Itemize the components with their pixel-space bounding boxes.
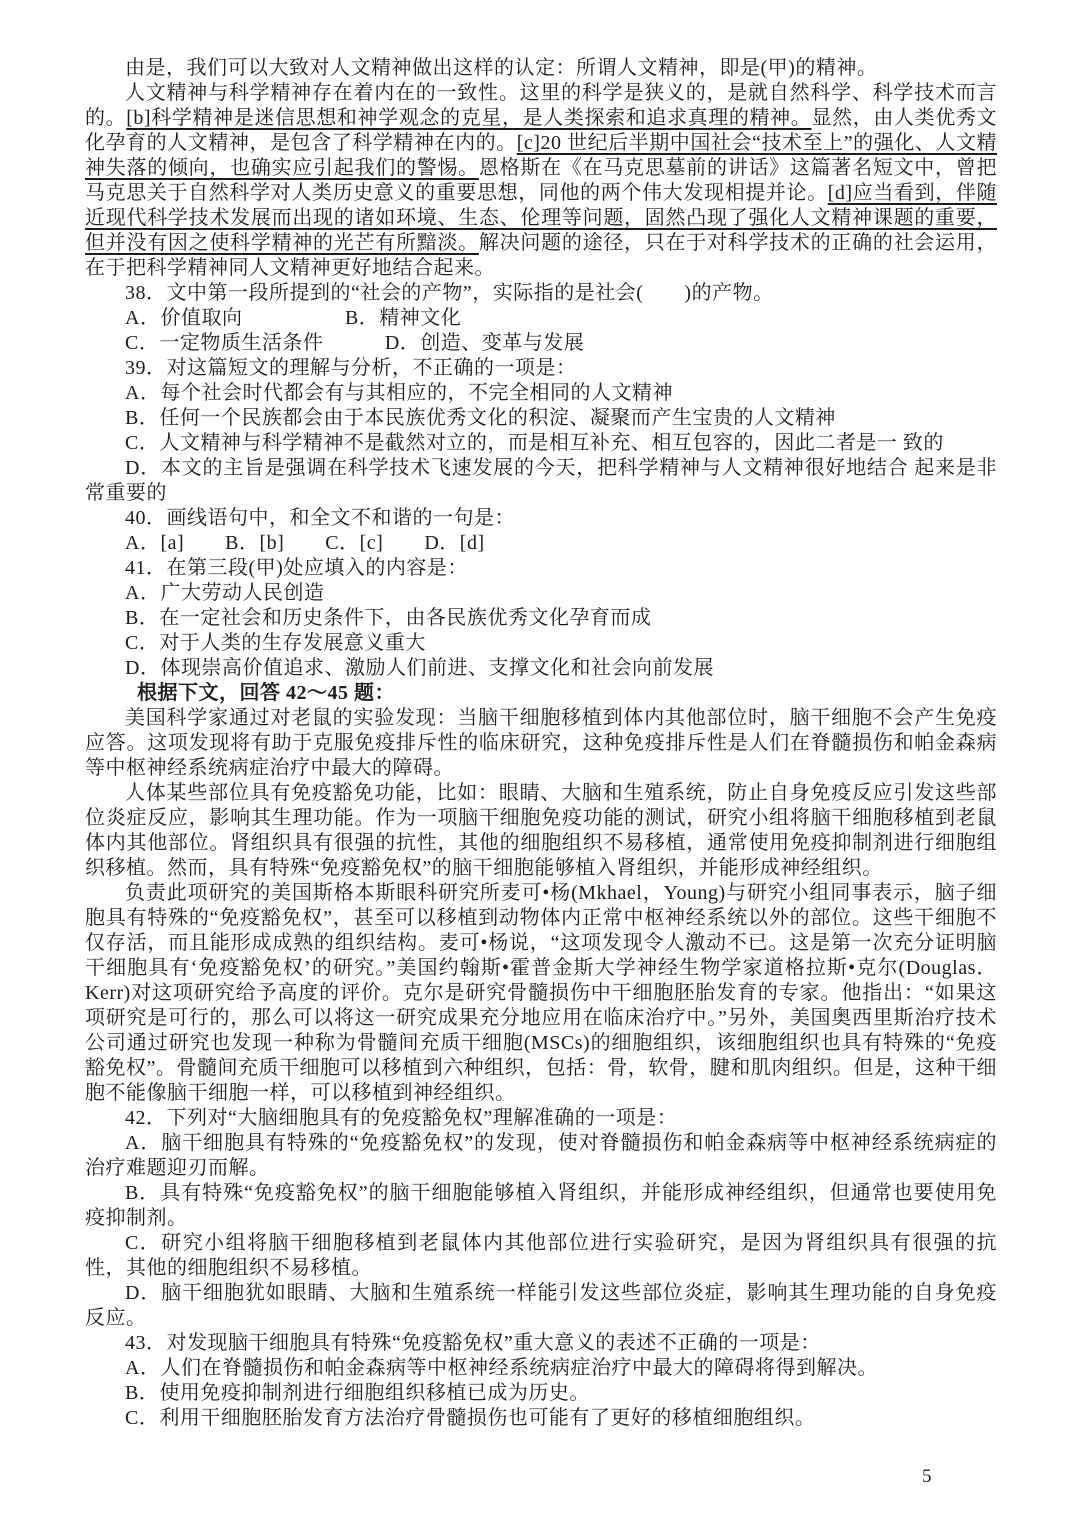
paragraph: 40．画线语句中，和全文不和谐的一句是： xyxy=(85,506,997,531)
text-segment: A．脑干细胞具有特殊的“免疫豁免权”的发现，使对脊髓损伤和帕金森病等中枢神经系统… xyxy=(85,1132,997,1179)
text-segment: 由是，我们可以大致对人文精神做出这样的认定：所谓人文精神，即是(甲)的精神。 xyxy=(125,57,877,79)
paragraph: 美国科学家通过对老鼠的实验发现：当脑干细胞移植到体内其他部位时，脑干细胞不会产生… xyxy=(85,706,997,781)
paragraph: 人文精神与科学精神存在着内在的一致性。这里的科学是狭义的，是就自然科学、科学技术… xyxy=(85,81,997,281)
document-body: 由是，我们可以大致对人文精神做出这样的认定：所谓人文精神，即是(甲)的精神。人文… xyxy=(85,56,997,1431)
paragraph: 39．对这篇短文的理解与分析，不正确的一项是： xyxy=(85,356,997,381)
text-segment: 41．在第三段(甲)处应填入的内容是： xyxy=(125,557,468,579)
text-segment: A．[a] B．[b] C．[c] D．[d] xyxy=(125,532,485,554)
text-segment: B．在一定社会和历史条件下，由各民族优秀文化孕育而成 xyxy=(125,607,651,629)
paragraph: 42．下列对“大脑细胞具有的免疫豁免权”理解准确的一项是： xyxy=(85,1106,997,1131)
paragraph: B．在一定社会和历史条件下，由各民族优秀文化孕育而成 xyxy=(85,606,997,631)
text-segment: A．价值取向 B．精神文化 xyxy=(125,307,461,329)
text-segment: A．人们在脊髓损伤和帕金森病等中枢神经系统病症治疗中最大的障碍将得到解决。 xyxy=(125,1357,878,1379)
text-segment: 38．文中第一段所提到的“社会的产物”，实际指的是社会( )的产物。 xyxy=(125,282,774,304)
paragraph: C．研究小组将脑干细胞移植到老鼠体内其他部位进行实验研究，是因为肾组织具有很强的… xyxy=(85,1231,997,1281)
paragraph: B．具有特殊“免疫豁免权”的脑干细胞能够植入肾组织，并能形成神经组织，但通常也要… xyxy=(85,1181,997,1231)
paragraph: A．脑干细胞具有特殊的“免疫豁免权”的发现，使对脊髓损伤和帕金森病等中枢神经系统… xyxy=(85,1131,997,1181)
paragraph: D．本文的主旨是强调在科学技术飞速发展的今天，把科学精神与人文精神很好地结合 起… xyxy=(85,456,997,506)
text-segment: B．任何一个民族都会由于本民族优秀文化的积淀、凝聚而产生宝贵的人文精神 xyxy=(125,407,836,429)
paragraph: 41．在第三段(甲)处应填入的内容是： xyxy=(85,556,997,581)
text-segment: C．研究小组将脑干细胞移植到老鼠体内其他部位进行实验研究，是因为肾组织具有很强的… xyxy=(85,1232,997,1279)
page-number: 5 xyxy=(922,1464,932,1489)
text-segment: A．广大劳动人民创造 xyxy=(125,582,324,604)
paragraph: 38．文中第一段所提到的“社会的产物”，实际指的是社会( )的产物。 xyxy=(85,281,997,306)
paragraph: D．脑干细胞犹如眼睛、大脑和生殖系统一样能引发这些部位炎症，影响其生理功能的自身… xyxy=(85,1281,997,1331)
text-segment: 39．对这篇短文的理解与分析，不正确的一项是： xyxy=(125,357,577,379)
paragraph: A．广大劳动人民创造 xyxy=(85,581,997,606)
text-segment: B．使用免疫抑制剂进行细胞组织移植已成为历史。 xyxy=(125,1382,590,1404)
paragraph: C．利用干细胞胚胎发育方法治疗骨髓损伤也可能有了更好的移植细胞组织。 xyxy=(85,1406,997,1431)
paragraph: B．任何一个民族都会由于本民族优秀文化的积淀、凝聚而产生宝贵的人文精神 xyxy=(85,406,997,431)
text-segment: D．体现崇高价值追求、激励人们前进、支撑文化和社会向前发展 xyxy=(125,657,714,679)
paragraph: A．[a] B．[b] C．[c] D．[d] xyxy=(85,531,997,556)
text-segment: C．一定物质生活条件 D．创造、变革与发展 xyxy=(125,332,584,354)
text-segment: A．每个社会时代都会有与其相应的，不完全相同的人文精神 xyxy=(125,382,673,404)
text-segment: 美国科学家通过对老鼠的实验发现：当脑干细胞移植到体内其他部位时，脑干细胞不会产生… xyxy=(85,707,997,779)
paragraph: C．一定物质生活条件 D．创造、变革与发展 xyxy=(85,331,997,356)
underlined-text: [b]科学精神是迷信思想和神学观念的克星，是人类探索和追求真理的精神。 xyxy=(126,107,811,129)
text-segment: 负责此项研究的美国斯格本斯眼科研究所麦可•杨(Mkhael，Young)与研究小… xyxy=(85,882,997,1104)
paragraph: D．体现崇高价值追求、激励人们前进、支撑文化和社会向前发展 xyxy=(85,656,997,681)
text-segment: C．利用干细胞胚胎发育方法治疗骨髓损伤也可能有了更好的移植细胞组织。 xyxy=(125,1407,815,1429)
text-segment: C．对于人类的生存发展意义重大 xyxy=(125,632,426,654)
text-segment: C．人文精神与科学精神不是截然对立的，而是相互补充、相互包容的，因此二者是一 致… xyxy=(125,432,944,454)
paragraph: B．使用免疫抑制剂进行细胞组织移植已成为历史。 xyxy=(85,1381,997,1406)
page: 由是，我们可以大致对人文精神做出这样的认定：所谓人文精神，即是(甲)的精神。人文… xyxy=(0,0,1080,1526)
section-heading: 根据下文，回答 42～45 题： xyxy=(85,681,997,706)
paragraph: 人体某些部位具有免疫豁免功能，比如：眼睛、大脑和生殖系统，防止自身免疫反应引发这… xyxy=(85,781,997,881)
paragraph: A．人们在脊髓损伤和帕金森病等中枢神经系统病症治疗中最大的障碍将得到解决。 xyxy=(85,1356,997,1381)
text-segment: 43．对发现脑干细胞具有特殊“免疫豁免权”重大意义的表述不正确的一项是： xyxy=(125,1332,821,1354)
paragraph: C．对于人类的生存发展意义重大 xyxy=(85,631,997,656)
paragraph: 由是，我们可以大致对人文精神做出这样的认定：所谓人文精神，即是(甲)的精神。 xyxy=(85,56,997,81)
paragraph: 负责此项研究的美国斯格本斯眼科研究所麦可•杨(Mkhael，Young)与研究小… xyxy=(85,881,997,1106)
paragraph: A．每个社会时代都会有与其相应的，不完全相同的人文精神 xyxy=(85,381,997,406)
paragraph: C．人文精神与科学精神不是截然对立的，而是相互补充、相互包容的，因此二者是一 致… xyxy=(85,431,997,456)
text-segment: 人体某些部位具有免疫豁免功能，比如：眼睛、大脑和生殖系统，防止自身免疫反应引发这… xyxy=(85,782,997,879)
text-segment: 40．画线语句中，和全文不和谐的一句是： xyxy=(125,507,515,529)
text-segment: B．具有特殊“免疫豁免权”的脑干细胞能够植入肾组织，并能形成神经组织，但通常也要… xyxy=(85,1182,997,1229)
text-segment: 42．下列对“大脑细胞具有的免疫豁免权”理解准确的一项是： xyxy=(125,1107,677,1129)
paragraph: 43．对发现脑干细胞具有特殊“免疫豁免权”重大意义的表述不正确的一项是： xyxy=(85,1331,997,1356)
paragraph: A．价值取向 B．精神文化 xyxy=(85,306,997,331)
text-segment: D．本文的主旨是强调在科学技术飞速发展的今天，把科学精神与人文精神很好地结合 起… xyxy=(85,457,997,504)
text-segment: D．脑干细胞犹如眼睛、大脑和生殖系统一样能引发这些部位炎症，影响其生理功能的自身… xyxy=(85,1282,997,1329)
text-segment: 根据下文，回答 42～45 题： xyxy=(137,682,395,704)
